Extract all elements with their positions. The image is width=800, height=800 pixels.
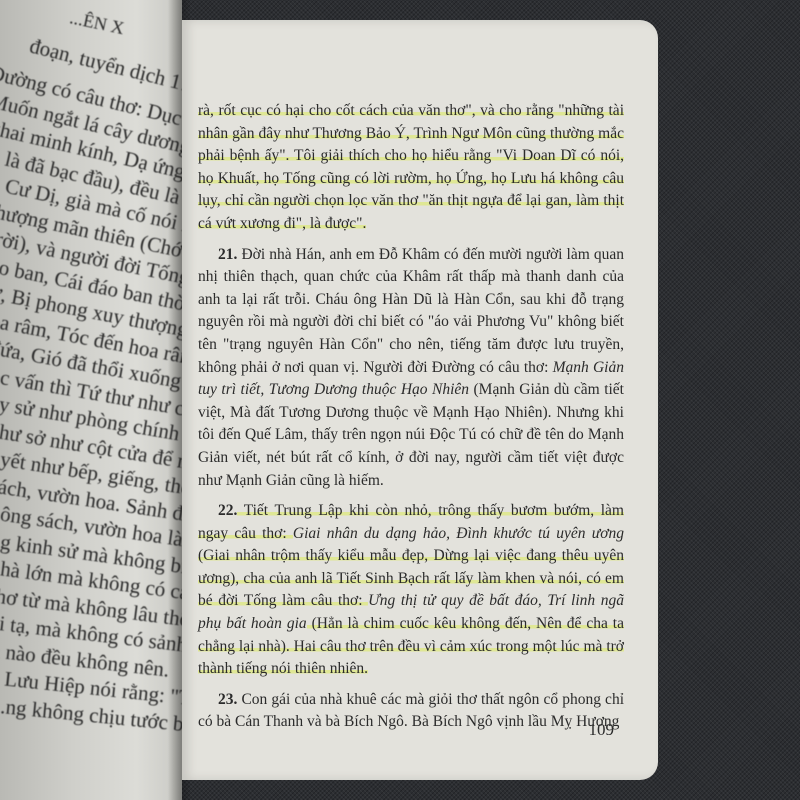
paragraph-number: 21. bbox=[218, 246, 237, 263]
paragraph-23: 23. Con gái của nhà khuê các mà giỏi thơ… bbox=[198, 689, 624, 734]
paragraph-number: 23. bbox=[218, 691, 237, 708]
paragraph-number: 22. bbox=[218, 502, 237, 519]
left-page-text: ...ÊN X đoạn, tuyển dịch 17 đoạnĐường có… bbox=[0, 0, 182, 719]
paragraph-21: 21. Đời nhà Hán, anh em Đỗ Khâm có đến m… bbox=[198, 244, 624, 493]
left-page: ...ÊN X đoạn, tuyển dịch 17 đoạnĐường có… bbox=[0, 0, 182, 800]
right-page: rà, rốt cục có hại cho cốt cách của văn … bbox=[182, 20, 658, 780]
page-number: 109 bbox=[589, 720, 615, 740]
right-page-content: rà, rốt cục có hại cho cốt cách của văn … bbox=[198, 100, 624, 742]
paragraph-continued: rà, rốt cục có hại cho cốt cách của văn … bbox=[198, 100, 624, 236]
paragraph-22: 22. Tiết Trung Lập khi còn nhỏ, trông th… bbox=[198, 500, 624, 681]
